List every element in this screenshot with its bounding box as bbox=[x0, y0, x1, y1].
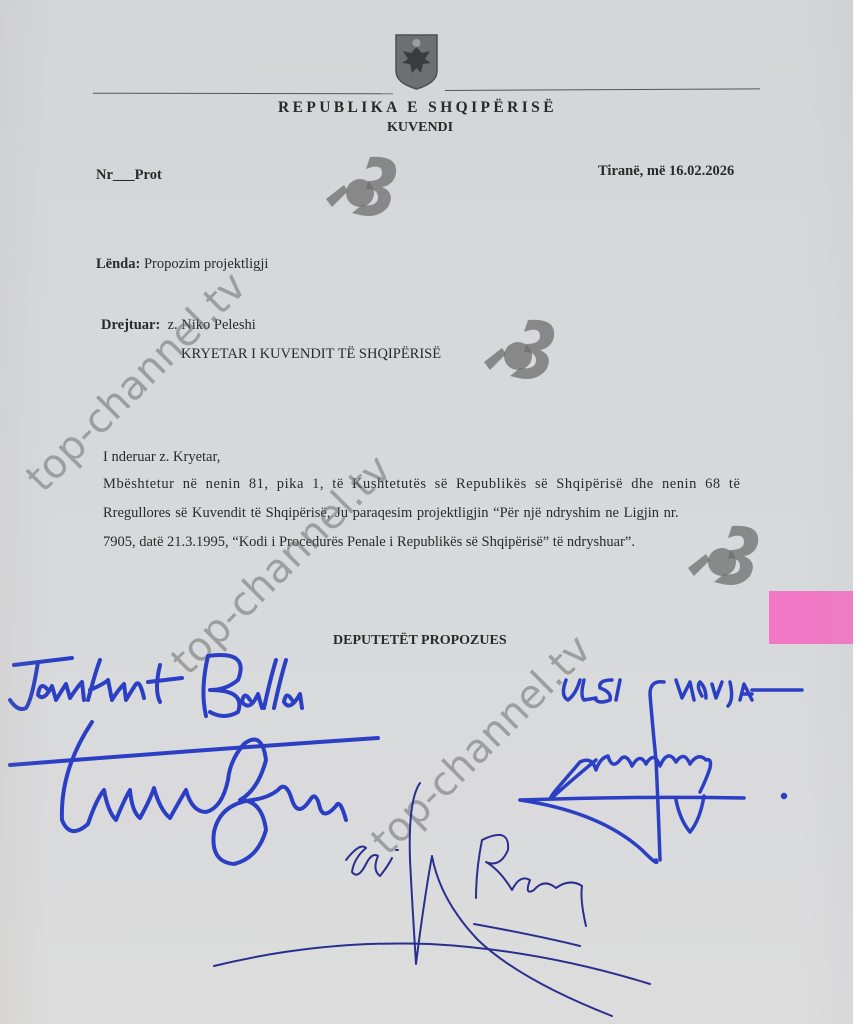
top-channel-logo-icon bbox=[684, 524, 764, 588]
coat-of-arms-icon bbox=[394, 33, 439, 91]
signature-balla bbox=[10, 655, 378, 864]
document-page: REPUBLIKA E SHQIPËRISË KUVENDI Nr___Prot… bbox=[0, 0, 853, 1024]
addressee-label: Drejtuar: bbox=[101, 317, 160, 333]
subject-label: Lënda: bbox=[96, 256, 140, 272]
header-rule-right bbox=[445, 88, 760, 91]
institution-heading: KUVENDI bbox=[387, 120, 453, 136]
subject-value: Propozim projektligji bbox=[144, 256, 268, 272]
body-line: 7905, datë 21.3.1995, “Kodi i Procedurës… bbox=[103, 534, 635, 551]
republic-heading: REPUBLIKA E SHQIPËRISË bbox=[278, 99, 557, 117]
subject-line: Lënda: Propozim projektligji bbox=[96, 256, 268, 273]
watermark-text: top-channel.tv bbox=[362, 626, 600, 864]
document-date: Tiranë, më 16.02.2026 bbox=[598, 163, 734, 180]
addressee-title: KRYETAR I KUVENDIT TË SHQIPËRISË bbox=[181, 346, 441, 363]
body-line: Rregullores së Kuvendit të Shqipërisë, J… bbox=[103, 505, 679, 522]
protocol-number: Nr___Prot bbox=[96, 167, 162, 184]
header-rule-left bbox=[93, 93, 393, 95]
signatories-heading: DEPUTETËT PROPOZUES bbox=[333, 633, 507, 649]
top-channel-logo-icon bbox=[480, 318, 560, 382]
body-line: Mbështetur në nenin 81, pika 1, të Kusht… bbox=[103, 476, 740, 493]
top-channel-logo-icon bbox=[322, 155, 402, 219]
salutation: I nderuar z. Kryetar, bbox=[103, 449, 220, 466]
sticky-note-tab bbox=[769, 591, 853, 644]
signature-manja bbox=[520, 680, 802, 862]
